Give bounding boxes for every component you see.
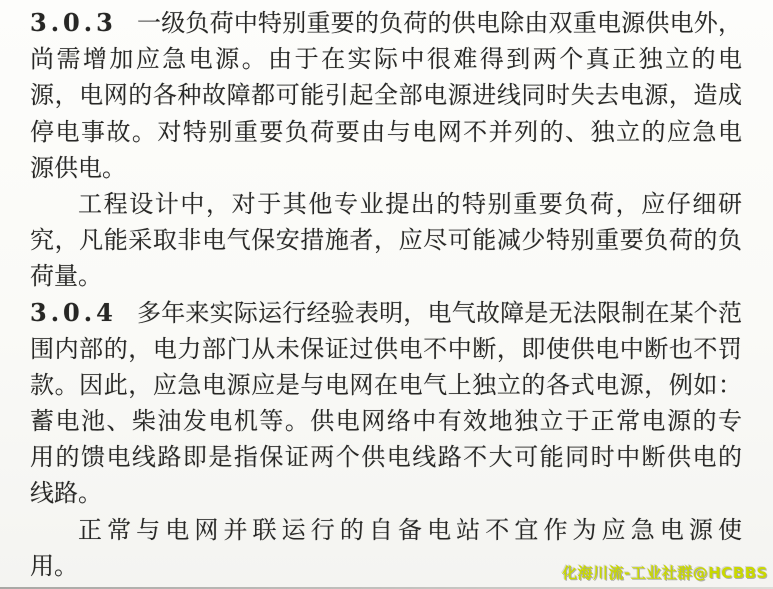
line-text: 线路。 xyxy=(30,479,102,507)
line-text: 正常与电网并联运行的自备电站不宜作为应急电源使 xyxy=(78,516,742,544)
line-text: 蓄电池、柴油发电机等。供电网络中有效地独立于正常电源的专 xyxy=(30,407,742,435)
line-text: 用的馈电线路即是指保证两个供电线路不大可能同时中断供电的 xyxy=(30,443,742,471)
text-line: 尚需增加应急电源。由于在实际中很难得到两个真正独立的电 xyxy=(30,41,742,77)
line-text: 究，凡能采取非电气保安措施者，应尽可能减少特别重要负荷的负 xyxy=(30,226,742,254)
document-body: 3.0.3一级负荷中特别重要的负荷的供电除由双重电源供电外， 尚需增加应急电源。… xyxy=(30,5,742,584)
text-line: 3.0.4多年来实际运行经验表明，电气故障是无法限制在某个范 xyxy=(30,295,742,331)
scanned-document-page: 3.0.3一级负荷中特别重要的负荷的供电除由双重电源供电外， 尚需增加应急电源。… xyxy=(0,0,773,589)
line-text: 荷量。 xyxy=(30,262,102,290)
text-line: 究，凡能采取非电气保安措施者，应尽可能减少特别重要负荷的负 xyxy=(30,222,742,258)
section-number: 3.0.3 xyxy=(30,8,117,37)
line-text: 停电事故。对特别重要负荷要由与电网不并列的、独立的应急电 xyxy=(30,118,742,146)
text-line: 围内部的，电力部门从未保证过供电不中断，即使供电中断也不罚 xyxy=(30,331,742,367)
line-text: 围内部的，电力部门从未保证过供电不中断，即使供电中断也不罚 xyxy=(30,335,742,363)
line-text: 源，电网的各种故障都可能引起全部电源进线同时失去电源，造成 xyxy=(30,81,742,109)
watermark-text: 化海川流-工业社群@HCBBS xyxy=(562,562,768,583)
text-line: 停电事故。对特别重要负荷要由与电网不并列的、独立的应急电 xyxy=(30,114,742,150)
text-line: 蓄电池、柴油发电机等。供电网络中有效地独立于正常电源的专 xyxy=(30,403,742,439)
text-line: 源供电。 xyxy=(30,150,742,186)
text-line: 线路。 xyxy=(30,475,742,511)
line-text: 源供电。 xyxy=(30,154,126,182)
line-text: 款。因此，应急电源应是与电网在电气上独立的各式电源，例如： xyxy=(30,371,742,399)
line-text: 一级负荷中特别重要的负荷的供电除由双重电源供电外， xyxy=(137,9,742,37)
line-text: 用。 xyxy=(30,552,78,580)
text-line: 工程设计中，对于其他专业提出的特别重要负荷，应仔细研 xyxy=(30,186,742,222)
text-line: 3.0.3一级负荷中特别重要的负荷的供电除由双重电源供电外， xyxy=(30,5,742,41)
section-number: 3.0.4 xyxy=(30,298,117,327)
line-text: 工程设计中，对于其他专业提出的特别重要负荷，应仔细研 xyxy=(78,190,742,218)
text-line: 荷量。 xyxy=(30,258,742,294)
line-text: 尚需增加应急电源。由于在实际中很难得到两个真正独立的电 xyxy=(30,45,742,73)
text-line: 用的馈电线路即是指保证两个供电线路不大可能同时中断供电的 xyxy=(30,439,742,475)
line-text: 多年来实际运行经验表明，电气故障是无法限制在某个范 xyxy=(137,299,742,327)
text-line: 款。因此，应急电源应是与电网在电气上独立的各式电源，例如： xyxy=(30,367,742,403)
text-line: 源，电网的各种故障都可能引起全部电源进线同时失去电源，造成 xyxy=(30,77,742,113)
text-line: 正常与电网并联运行的自备电站不宜作为应急电源使 xyxy=(30,512,742,548)
